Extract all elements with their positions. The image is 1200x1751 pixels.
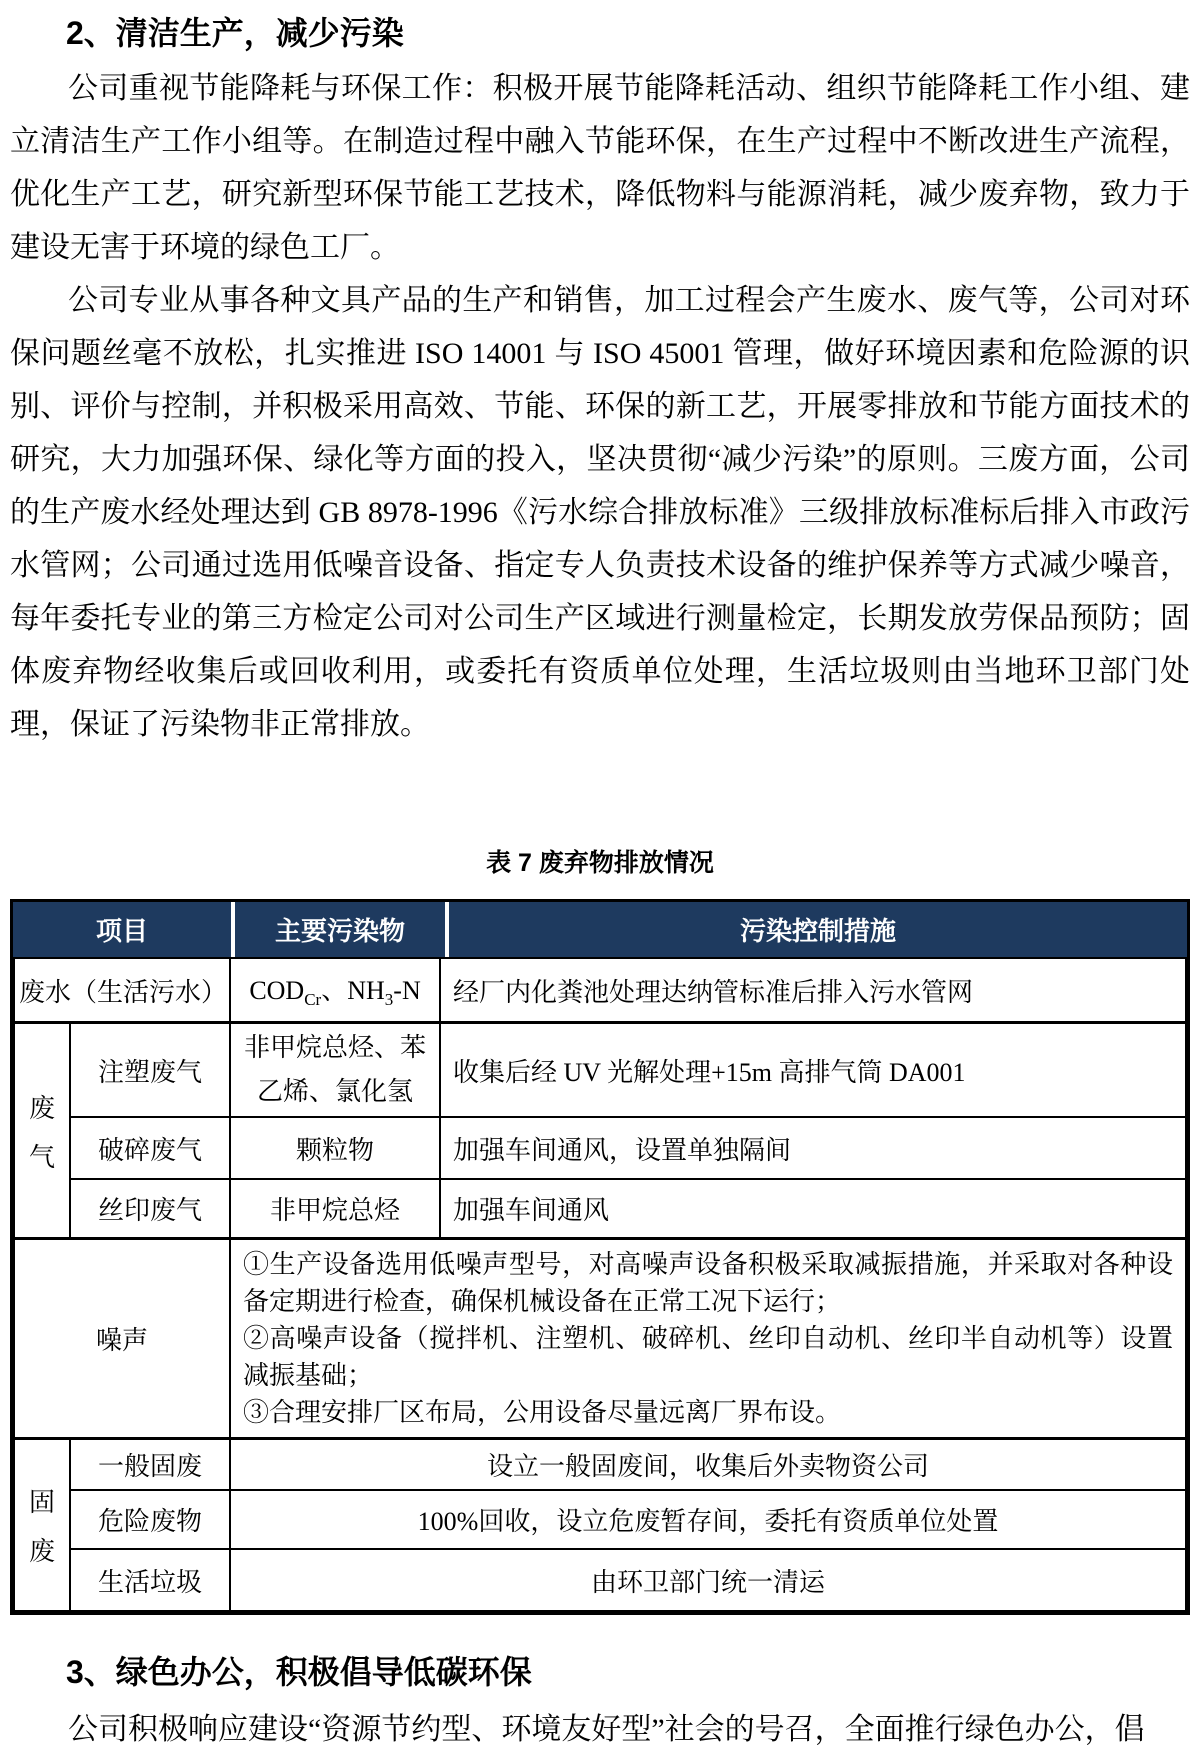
cell-measure-gas-injection: 收集后经 UV 光解处理+15m 高排气筒 DA001: [440, 1023, 1186, 1118]
section-2-paragraph-2: 公司专业从事各种文具产品的生产和销售，加工过程会产生废水、废气等，公司对环保问题…: [10, 274, 1190, 751]
table-row-gas-screenprint: 丝印废气 非甲烷总烃 加强车间通风: [14, 1179, 1186, 1239]
cell-group-gas: 废 气: [14, 1023, 70, 1239]
noise-measure-1: ①生产设备选用低噪声型号，对高噪声设备积极采取减振措施，并采取对各种设备定期进行…: [243, 1246, 1173, 1320]
table-row-wastewater: 废水（生活污水） CODCr、NH3-N 经厂内化粪池处理达纳管标准后排入污水管…: [14, 958, 1186, 1023]
pollutant-subscript: 3: [385, 990, 394, 1009]
table-row-noise: 噪声 ①生产设备选用低噪声型号，对高噪声设备积极采取减振措施，并采取对各种设备定…: [14, 1239, 1186, 1439]
cell-measure-solid-hazardous: 100%回收，设立危废暂存间，委托有资质单位处置: [230, 1490, 1186, 1549]
table-caption: 表 7 废弃物排放情况: [10, 843, 1190, 883]
table-row-solid-hazardous: 危险废物 100%回收，设立危废暂存间，委托有资质单位处置: [14, 1490, 1186, 1549]
gas-group-label: 废 气: [27, 1088, 57, 1174]
cell-group-solid: 固 废: [14, 1439, 70, 1612]
pollutant-text: COD: [249, 976, 304, 1005]
section-3-heading: 3、绿色办公，积极倡导低碳环保: [10, 1651, 1190, 1693]
cell-measure-wastewater: 经厂内化粪池处理达纳管标准后排入污水管网: [440, 958, 1186, 1023]
solid-group-label: 固 废: [27, 1482, 57, 1568]
table-row-gas-injection: 废 气 注塑废气 非甲烷总烃、苯乙烯、氯化氢 收集后经 UV 光解处理+15m …: [14, 1023, 1186, 1118]
cell-item-wastewater: 废水（生活污水）: [14, 958, 230, 1023]
gas-group-char-2: 气: [29, 1137, 55, 1174]
table-row-solid-household: 生活垃圾 由环卫部门统一清运: [14, 1549, 1186, 1611]
emissions-table: 项目 主要污染物 污染控制措施 废水（生活污水） CODCr、NH3-N 经厂内…: [10, 899, 1190, 1615]
cell-measure-gas-screenprint: 加强车间通风: [440, 1179, 1186, 1239]
table-row-gas-crushing: 破碎废气 颗粒物 加强车间通风，设置单独隔间: [14, 1117, 1186, 1179]
cell-pollutant-gas-crushing: 颗粒物: [230, 1117, 440, 1179]
cell-item-gas-injection: 注塑废气: [70, 1023, 230, 1118]
section-3-paragraph-1: 公司积极响应建设“资源节约型、环境友好型”社会的号召，全面推行绿色办公，倡: [10, 1703, 1190, 1751]
section-2-paragraph-1: 公司重视节能降耗与环保工作：积极开展节能降耗活动、组织节能降耗工作小组、建立清洁…: [10, 62, 1190, 274]
table-header-measures: 污染控制措施: [449, 902, 1187, 957]
document-page: 2、清洁生产，减少污染 公司重视节能降耗与环保工作：积极开展节能降耗活动、组织节…: [0, 0, 1200, 1751]
emissions-table-body: 废水（生活污水） CODCr、NH3-N 经厂内化粪池处理达纳管标准后排入污水管…: [13, 957, 1187, 1612]
cell-pollutant-wastewater: CODCr、NH3-N: [230, 958, 440, 1023]
cell-measure-solid-general: 设立一般固废间，收集后外卖物资公司: [230, 1439, 1186, 1491]
pollutant-text: -N: [393, 976, 420, 1005]
table-header-item: 项目: [13, 902, 231, 957]
section-2-heading: 2、清洁生产，减少污染: [10, 12, 1190, 54]
cell-item-noise: 噪声: [14, 1239, 230, 1439]
cell-pollutant-gas-screenprint: 非甲烷总烃: [230, 1179, 440, 1239]
solid-group-char-1: 固: [29, 1482, 55, 1519]
pollutant-subscript: Cr: [304, 990, 321, 1009]
table-header-row: 项目 主要污染物 污染控制措施: [13, 902, 1187, 957]
noise-measure-list: ①生产设备选用低噪声型号，对高噪声设备积极采取减振措施，并采取对各种设备定期进行…: [243, 1246, 1173, 1431]
cell-item-gas-screenprint: 丝印废气: [70, 1179, 230, 1239]
gas-group-char-1: 废: [29, 1088, 55, 1125]
table-header-pollutant: 主要污染物: [235, 902, 445, 957]
cell-measure-solid-household: 由环卫部门统一清运: [230, 1549, 1186, 1611]
table-row-solid-general: 固 废 一般固废 设立一般固废间，收集后外卖物资公司: [14, 1439, 1186, 1491]
cell-pollutant-gas-injection: 非甲烷总烃、苯乙烯、氯化氢: [230, 1023, 440, 1118]
solid-group-char-2: 废: [29, 1531, 55, 1568]
cell-item-solid-general: 一般固废: [70, 1439, 230, 1491]
cell-measure-noise: ①生产设备选用低噪声型号，对高噪声设备积极采取减振措施，并采取对各种设备定期进行…: [230, 1239, 1186, 1439]
noise-measure-3: ③合理安排厂区布局，公用设备尽量远离厂界布设。: [243, 1394, 1173, 1431]
noise-measure-2: ②高噪声设备（搅拌机、注塑机、破碎机、丝印自动机、丝印半自动机等）设置减振基础；: [243, 1320, 1173, 1394]
cell-item-solid-household: 生活垃圾: [70, 1549, 230, 1611]
cell-item-gas-crushing: 破碎废气: [70, 1117, 230, 1179]
pollutant-text: 、NH: [321, 976, 385, 1005]
cell-item-solid-hazardous: 危险废物: [70, 1490, 230, 1549]
cell-measure-gas-crushing: 加强车间通风，设置单独隔间: [440, 1117, 1186, 1179]
